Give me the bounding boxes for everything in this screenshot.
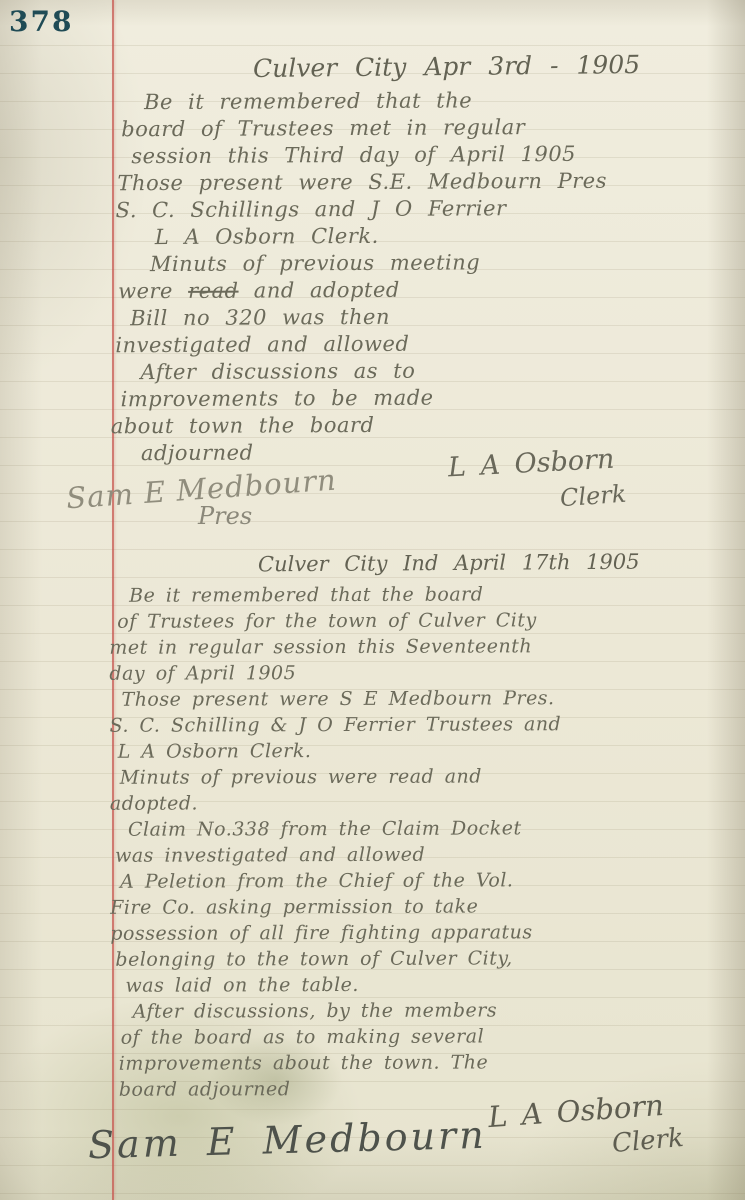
handwritten-line: Be it remembered that the bbox=[109, 87, 607, 117]
handwritten-line: L A Osborn Clerk. bbox=[110, 222, 608, 252]
page-number: 378 bbox=[9, 5, 73, 38]
line-text: and adopted bbox=[254, 278, 400, 303]
handwritten-line: day of April 1905 bbox=[109, 659, 561, 687]
handwritten-line: Bill no 320 was then bbox=[110, 303, 608, 333]
clerk-signature-title: Clerk bbox=[559, 480, 627, 513]
struck-word: read bbox=[188, 279, 239, 303]
ledger-page: 378 Culver City Apr 3rd - 1905 Be it rem… bbox=[0, 0, 745, 1200]
handwritten-line: improvements to be made bbox=[111, 384, 609, 414]
entry-body: Be it remembered that the board of Trust… bbox=[109, 581, 562, 1103]
handwritten-line: S. C. Schillings and J O Ferrier bbox=[110, 195, 608, 225]
entry-heading: Culver City Ind April 17th 1905 bbox=[258, 550, 640, 577]
handwritten-line: session this Third day of April 1905 bbox=[109, 141, 607, 171]
handwritten-line: Those present were S E Medbourn Pres. bbox=[109, 685, 561, 713]
handwritten-line: Claim No.338 from the Claim Docket bbox=[110, 815, 562, 843]
handwritten-line: of the board as to making several bbox=[111, 1023, 563, 1051]
handwritten-line: Minuts of previous meeting bbox=[110, 249, 608, 279]
handwritten-line: L A Osborn Clerk. bbox=[110, 737, 562, 765]
handwritten-line: After discussions, by the members bbox=[111, 997, 563, 1025]
handwritten-line: S. C. Schilling & J O Ferrier Trustees a… bbox=[110, 711, 562, 739]
handwritten-line-with-strikeout: were read and adopted bbox=[110, 276, 608, 306]
handwritten-line: A Peletion from the Chief of the Vol. bbox=[110, 867, 562, 895]
handwritten-line: improvements about the town. The bbox=[111, 1049, 563, 1077]
handwritten-line: Those present were S.E. Medbourn Pres bbox=[109, 168, 607, 198]
handwritten-line: was investigated and allowed bbox=[110, 841, 562, 869]
clerk-signature-title: Clerk bbox=[611, 1123, 685, 1159]
handwritten-line: Minuts of previous were read and bbox=[110, 763, 562, 791]
president-signature-title: Pres bbox=[198, 502, 252, 530]
entry-heading: Culver City Apr 3rd - 1905 bbox=[253, 50, 640, 83]
handwritten-line: Be it remembered that the board bbox=[109, 581, 561, 609]
handwritten-line: possession of all fire fighting apparatu… bbox=[110, 919, 562, 947]
handwritten-line: about town the board bbox=[111, 411, 609, 441]
handwritten-line: of Trustees for the town of Culver City bbox=[109, 607, 561, 635]
entry-body: Be it remembered that the board of Trust… bbox=[109, 87, 608, 468]
handwritten-line: investigated and allowed bbox=[110, 330, 608, 360]
handwritten-line: Fire Co. asking permission to take bbox=[110, 893, 562, 921]
handwritten-line: board of Trustees met in regular bbox=[109, 114, 607, 144]
handwritten-line: was laid on the table. bbox=[110, 971, 562, 999]
line-text: were bbox=[118, 279, 173, 303]
handwritten-line: adopted. bbox=[110, 789, 562, 817]
handwritten-line: After discussions as to bbox=[110, 357, 608, 387]
handwritten-line: belonging to the town of Culver City, bbox=[110, 945, 562, 973]
handwritten-line: met in regular session this Seventeenth bbox=[109, 633, 561, 661]
